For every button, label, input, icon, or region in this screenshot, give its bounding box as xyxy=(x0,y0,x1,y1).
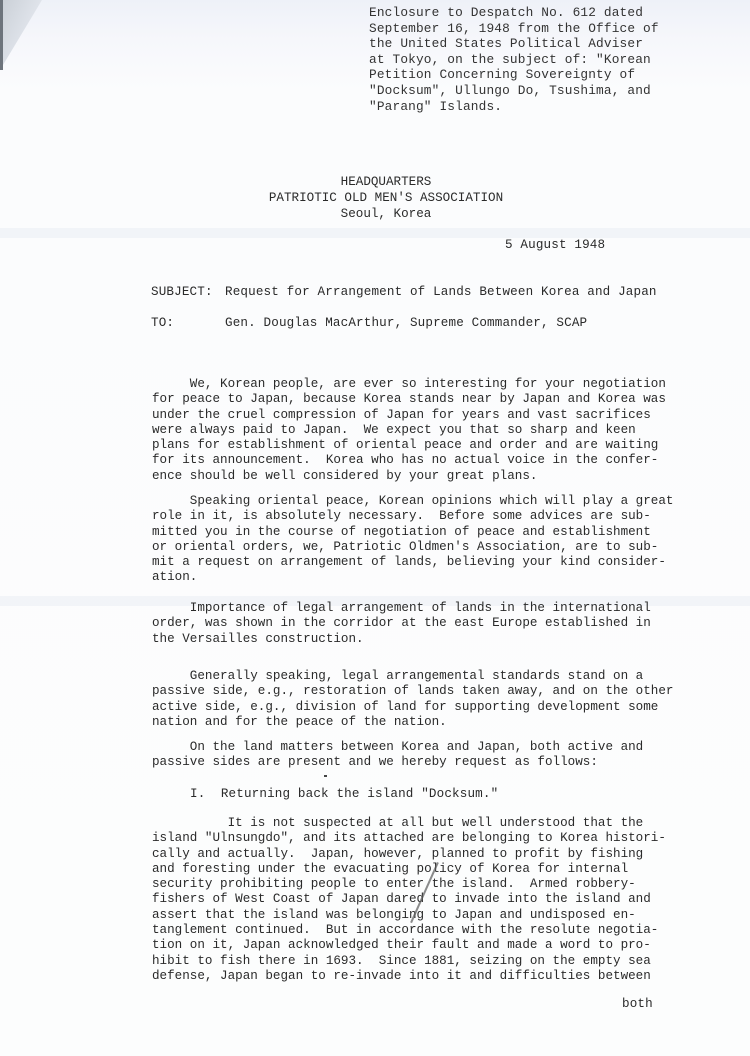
letterhead-location: Seoul, Korea xyxy=(0,206,750,222)
page-edge xyxy=(0,0,3,70)
ink-speck xyxy=(324,775,327,777)
enclosure-note: Enclosure to Despatch No. 612 dated Sept… xyxy=(369,5,659,114)
body-paragraph: On the land matters between Korea and Ja… xyxy=(152,740,643,771)
request-item-heading: I. Returning back the island "Docksum." xyxy=(190,787,498,803)
continuation-catchword: both xyxy=(622,997,653,1013)
letterhead-line-1: HEADQUARTERS xyxy=(0,174,750,190)
body-paragraph: Importance of legal arrangement of lands… xyxy=(152,601,651,647)
body-paragraph: Speaking oriental peace, Korean opinions… xyxy=(152,494,673,586)
folded-corner xyxy=(0,0,42,70)
letter-date: 5 August 1948 xyxy=(505,238,605,254)
subject-value: Request for Arrangement of Lands Between… xyxy=(225,285,657,301)
recipient-value: Gen. Douglas MacArthur, Supreme Commande… xyxy=(225,316,587,332)
body-paragraph: Generally speaking, legal arrangemental … xyxy=(152,669,673,730)
letterhead: HEADQUARTERS PATRIOTIC OLD MEN'S ASSOCIA… xyxy=(0,174,750,222)
document-page: Enclosure to Despatch No. 612 dated Sept… xyxy=(0,0,750,1056)
scan-band xyxy=(0,228,750,238)
body-paragraph: We, Korean people, are ever so interesti… xyxy=(152,377,666,484)
recipient-label: TO: xyxy=(151,316,174,332)
letterhead-organization: PATRIOTIC OLD MEN'S ASSOCIATION xyxy=(0,190,750,206)
subject-label: SUBJECT: xyxy=(151,285,213,301)
body-paragraph: It is not suspected at all but well unde… xyxy=(152,816,666,984)
